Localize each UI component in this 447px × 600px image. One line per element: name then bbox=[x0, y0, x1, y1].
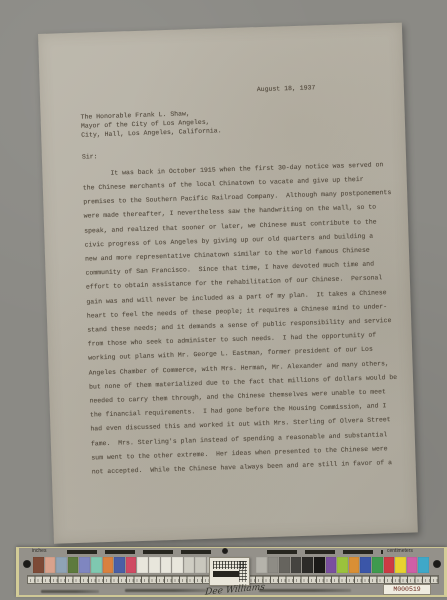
color-patch bbox=[137, 557, 148, 573]
color-patch bbox=[302, 557, 313, 573]
ruler-segment bbox=[267, 550, 383, 554]
color-patch bbox=[349, 557, 360, 573]
letter-paper: August 18, 1937 The Honorable Frank L. S… bbox=[38, 23, 418, 544]
registration-dot-icon bbox=[222, 548, 228, 554]
resolution-grid bbox=[239, 561, 247, 582]
color-patch bbox=[195, 557, 206, 573]
color-patch bbox=[395, 557, 406, 573]
color-patch bbox=[256, 557, 267, 573]
color-patch bbox=[33, 557, 44, 573]
color-patch bbox=[45, 557, 56, 573]
color-patch bbox=[68, 557, 79, 573]
registration-dot-icon bbox=[23, 560, 31, 568]
illegible-microtext bbox=[259, 589, 351, 592]
color-patch bbox=[314, 557, 325, 573]
color-patch bbox=[161, 557, 172, 573]
color-patch bbox=[384, 557, 395, 573]
color-patch bbox=[337, 557, 348, 573]
color-patch-row-right bbox=[256, 557, 430, 573]
color-patch bbox=[79, 557, 90, 573]
color-patch bbox=[172, 557, 183, 573]
scanned-letter-photo: August 18, 1937 The Honorable Frank L. S… bbox=[0, 0, 447, 600]
color-patch bbox=[372, 557, 383, 573]
color-patch bbox=[91, 557, 102, 573]
color-patch bbox=[418, 557, 429, 573]
color-patch bbox=[103, 557, 114, 573]
letter-body: It was back in October 1915 when the fir… bbox=[82, 157, 414, 479]
centimeters-label: centimeters bbox=[387, 548, 413, 554]
color-patch bbox=[326, 557, 337, 573]
letter-date: August 18, 1937 bbox=[257, 84, 316, 93]
color-patch bbox=[149, 557, 160, 573]
color-patch bbox=[279, 557, 290, 573]
illegible-microtext bbox=[125, 589, 207, 592]
color-patch bbox=[126, 557, 137, 573]
registration-dot-icon bbox=[433, 560, 441, 568]
color-patch-row-left bbox=[33, 557, 219, 573]
color-patch bbox=[291, 557, 302, 573]
illegible-microtext bbox=[41, 590, 99, 593]
archive-id-label: M000519 bbox=[383, 584, 431, 595]
color-patch bbox=[184, 557, 195, 573]
color-patch bbox=[114, 557, 125, 573]
inches-label: inches bbox=[32, 548, 46, 554]
color-calibration-bar: inches centimeters Dee Williams M000519 bbox=[16, 547, 447, 597]
resolution-test-card bbox=[209, 557, 250, 586]
color-patch bbox=[268, 557, 279, 573]
color-patch bbox=[360, 557, 371, 573]
letter-text-column: The Honorable Frank L. Shaw,Mayor of the… bbox=[80, 103, 413, 480]
recipient-address-block: The Honorable Frank L. Shaw,Mayor of the… bbox=[80, 103, 403, 141]
color-patch bbox=[407, 557, 418, 573]
density-bar bbox=[213, 571, 239, 577]
color-patch bbox=[56, 557, 67, 573]
ruler-segment bbox=[67, 550, 219, 554]
